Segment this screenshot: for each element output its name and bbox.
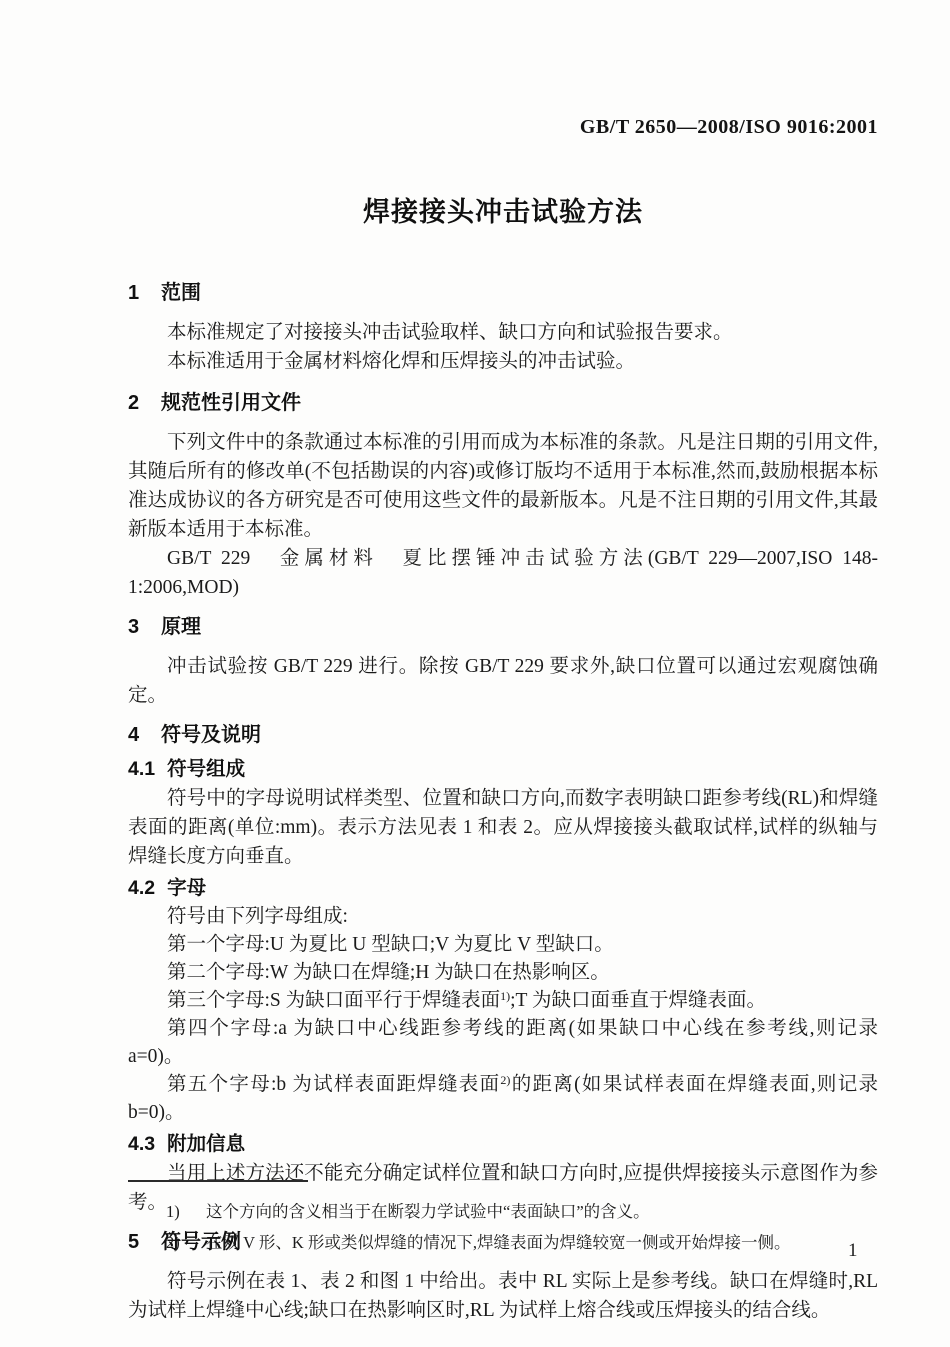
paragraph: 冲击试验按 GB/T 229 进行。除按 GB/T 229 要求外,缺口位置可以…: [128, 652, 878, 710]
section-principle: 3原理 冲击试验按 GB/T 229 进行。除按 GB/T 229 要求外,缺口…: [128, 614, 878, 710]
footnote-block: 1)这个方向的含义相当于在断裂力学试验中“表面缺口”的含义。 2)在双 V 形、…: [128, 1180, 878, 1258]
footnote-number: 1): [166, 1196, 180, 1227]
section-number: 2: [128, 390, 148, 416]
footnote-text: 这个方向的含义相当于在断裂力学试验中“表面缺口”的含义。: [206, 1202, 650, 1221]
footnote-1: 1)这个方向的含义相当于在断裂力学试验中“表面缺口”的含义。: [128, 1196, 878, 1227]
section-3-heading: 3原理: [128, 614, 878, 640]
section-title: 范围: [161, 282, 201, 304]
paragraph-second-letter: 第二个字母:W 为缺口在焊缝;H 为缺口在热影响区。: [128, 959, 878, 987]
section-4-heading: 4符号及说明: [128, 722, 878, 748]
section-title: 字母: [167, 877, 206, 899]
section-title: 符号及说明: [161, 724, 261, 746]
section-number: 3: [128, 614, 148, 640]
paragraph-letters-intro: 符号由下列字母组成:: [128, 903, 878, 931]
text-run: 第三个字母:S 为缺口面平行于焊缝表面: [167, 990, 500, 1011]
document-page: GB/T 2650—2008/ISO 9016:2001 焊接接头冲击试验方法 …: [0, 0, 950, 1347]
section-2-heading: 2规范性引用文件: [128, 390, 878, 416]
paragraph-fourth-letter: 第四个字母:a 为缺口中心线距参考线的距离(如果缺口中心线在参考线,则记录 a=…: [128, 1015, 878, 1071]
paragraph-fifth-letter: 第五个字母:b 为试样表面距焊缝表面2)的距离(如果试样表面在焊缝表面,则记录 …: [128, 1071, 878, 1127]
section-number: 4.1: [128, 756, 155, 782]
text-run: 第五个字母:b 为试样表面距焊缝表面: [167, 1074, 500, 1095]
footnote-divider: [128, 1180, 308, 1182]
section-title: 附加信息: [167, 1133, 245, 1155]
footnote-ref-1: 1): [500, 989, 510, 1003]
section-number: 4.3: [128, 1131, 155, 1157]
section-1-heading: 1范围: [128, 280, 878, 306]
section-symbols: 4符号及说明 4.1符号组成 符号中的字母说明试样类型、位置和缺口方向,而数字表…: [128, 722, 878, 1217]
paragraph: 符号示例在表 1、表 2 和图 1 中给出。表中 RL 实际上是参考线。缺口在焊…: [128, 1267, 878, 1325]
paragraph-third-letter: 第三个字母:S 为缺口面平行于焊缝表面1);T 为缺口面垂直于焊缝表面。: [128, 987, 878, 1015]
standard-code: GB/T 2650—2008/ISO 9016:2001: [128, 116, 878, 138]
footnote-2: 2)在双 V 形、K 形或类似焊缝的情况下,焊缝表面为焊缝较宽一侧或开始焊接一侧…: [128, 1227, 878, 1258]
text-run: ;T 为缺口面垂直于焊缝表面。: [510, 990, 766, 1011]
footnote-ref-2: 2): [500, 1073, 510, 1087]
paragraph-first-letter: 第一个字母:U 为夏比 U 型缺口;V 为夏比 V 型缺口。: [128, 931, 878, 959]
paragraph: 下列文件中的条款通过本标准的引用而成为本标准的条款。凡是注日期的引用文件,其随后…: [128, 428, 878, 544]
paragraph: 本标准适用于金属材料熔化焊和压焊接头的冲击试验。: [128, 347, 878, 376]
paragraph: 符号中的字母说明试样类型、位置和缺口方向,而数字表明缺口距参考线(RL)和焊缝表…: [128, 784, 878, 871]
section-title: 原理: [161, 616, 201, 638]
footnote-number: 2): [166, 1227, 180, 1258]
section-normative-references: 2规范性引用文件 下列文件中的条款通过本标准的引用而成为本标准的条款。凡是注日期…: [128, 390, 878, 602]
section-number: 4: [128, 722, 148, 748]
section-4-1-heading: 4.1符号组成: [128, 756, 878, 782]
document-title: 焊接接头冲击试验方法: [128, 194, 878, 230]
reference-entry: GB/T 229 金属材料 夏比摆锤冲击试验方法(GB/T 229—2007,I…: [128, 544, 878, 602]
footnote-text: 在双 V 形、K 形或类似焊缝的情况下,焊缝表面为焊缝较宽一侧或开始焊接一侧。: [206, 1233, 791, 1252]
section-number: 1: [128, 280, 148, 306]
section-title: 符号组成: [167, 758, 245, 780]
section-scope: 1范围 本标准规定了对接接头冲击试验取样、缺口方向和试验报告要求。 本标准适用于…: [128, 280, 878, 376]
section-4-2-heading: 4.2字母: [128, 875, 878, 901]
page-number: 1: [848, 1240, 858, 1262]
paragraph: 本标准规定了对接接头冲击试验取样、缺口方向和试验报告要求。: [128, 318, 878, 347]
section-number: 4.2: [128, 875, 155, 901]
section-title: 规范性引用文件: [161, 392, 301, 414]
section-4-3-heading: 4.3附加信息: [128, 1131, 878, 1157]
